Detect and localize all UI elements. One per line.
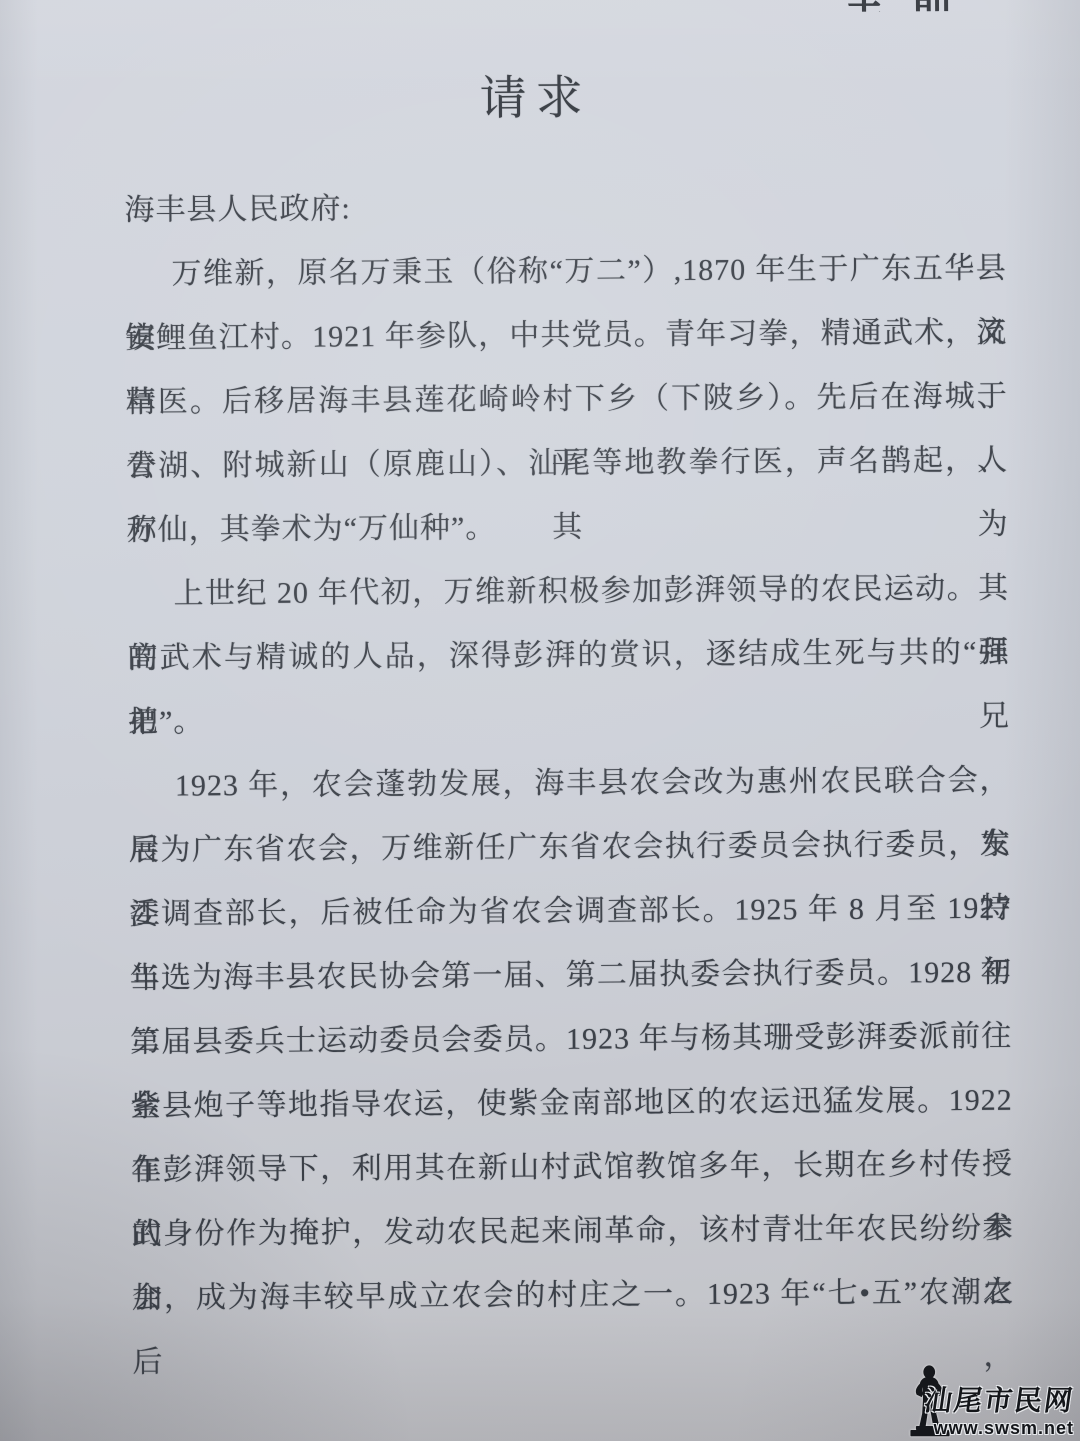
text-line: 1923 年，农会蓬勃发展，海丰县农会改为惠州农民联合会，后发 bbox=[128, 749, 1010, 819]
text-line: 镇鲤鱼江村。1921 年参队，中共党员。青年习拳，精通武术，又精于 bbox=[125, 301, 1007, 371]
text-line: 的身份作为掩护，发动农民起来闹革命，该村青壮年农民纷纷参加农 bbox=[131, 1197, 1013, 1267]
text-line: 展为广东省农会，万维新任广东省农会执行委员会执行委员，东江特 bbox=[129, 813, 1011, 883]
text-line: 当选为海丰县农民协会第一届、第二届执委会执行委员。1928 年第 bbox=[130, 941, 1012, 1011]
text-line: 会，成为海丰较早成立农会的村庄之一。1923 年“七•五”农潮之后， bbox=[132, 1261, 1014, 1331]
salutation: 海丰县人民政府: bbox=[124, 173, 1006, 243]
paragraphs-container: 万维新，原名万秉玉（俗称“万二”）,1870 年生于广东五华县安流镇鲤鱼江村。1… bbox=[125, 237, 1015, 1331]
document-body: 海丰县人民政府: 万维新，原名万秉玉（俗称“万二”）,1870 年生于广东五华县… bbox=[124, 173, 1014, 1331]
cutoff-text-fragment: 至前 bbox=[739, 0, 979, 13]
text-line: 草医。后移居海丰县莲花崎岭村下乡（下陂乡）。先后在海城、公平、 bbox=[126, 365, 1008, 435]
text-line: 委调查部长，后被任命为省农会调查部长。1925 年 8 月至 1927 年初 bbox=[129, 877, 1011, 947]
watermark-site-name: 汕尾市民网 bbox=[922, 1387, 1076, 1417]
text-line: 的武术与精诚的人品，深得彭湃的赏识，逐结成生死与共的“拜把兄 bbox=[127, 621, 1009, 691]
page-title: 请求 bbox=[0, 58, 1076, 133]
text-line: 二届县委兵士运动委员会委员。1923 年与杨其珊受彭湃委派前往紫 bbox=[130, 1005, 1012, 1075]
watermark-text: 汕尾市民网 www.swsm.net bbox=[924, 1387, 1074, 1439]
text-line: 青湖、附城新山（原鹿山）、汕尾等地教拳行医，声名鹊起，人称其为 bbox=[126, 429, 1008, 499]
text-line: 金县炮子等地指导农运，使紫金南部地区的农运迅猛发展。1922 年 bbox=[130, 1069, 1012, 1139]
watermark-site-url: www.swsm.net bbox=[924, 1417, 1074, 1439]
photographed-document-page: { "document": { "top_fragment": "至前", "t… bbox=[0, 0, 1080, 1441]
text-line: 万维新，原名万秉玉（俗称“万二”）,1870 年生于广东五华县安流 bbox=[125, 237, 1007, 307]
site-watermark: 汕尾市民网 www.swsm.net bbox=[886, 1362, 1078, 1440]
text-line: 在彭湃领导下，利用其在新山村武馆教馆多年，长期在乡村传授武术 bbox=[131, 1133, 1013, 1203]
text-line: 上世纪 20 年代初，万维新积极参加彭湃领导的农民运动。其高强 bbox=[127, 557, 1009, 627]
document-sheet: 至前 请求 海丰县人民政府: 万维新，原名万秉玉（俗称“万二”）,1870 年生… bbox=[0, 0, 1080, 1441]
